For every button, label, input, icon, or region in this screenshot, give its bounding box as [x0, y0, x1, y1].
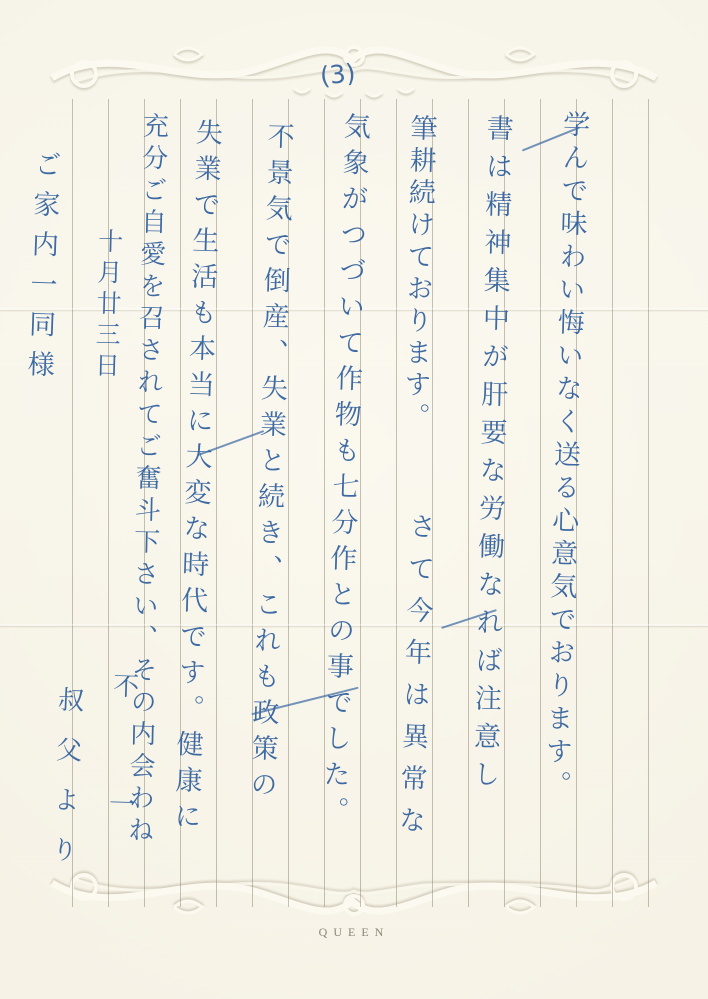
letter-body-column-3: 筆耕続けております。	[400, 114, 435, 435]
page-number: (3)	[319, 58, 357, 91]
letter-date: 十月廿三日	[93, 228, 122, 384]
letter-page: (3) 学んで味わい悔いなく送る心意気でおります。 書は精神集中が肝要な労働なれ…	[0, 0, 708, 999]
stationery-brand: QUEEN	[0, 925, 708, 940]
closing-phrase: 不一	[103, 672, 137, 909]
addressee: ご家内一同様	[24, 150, 59, 391]
